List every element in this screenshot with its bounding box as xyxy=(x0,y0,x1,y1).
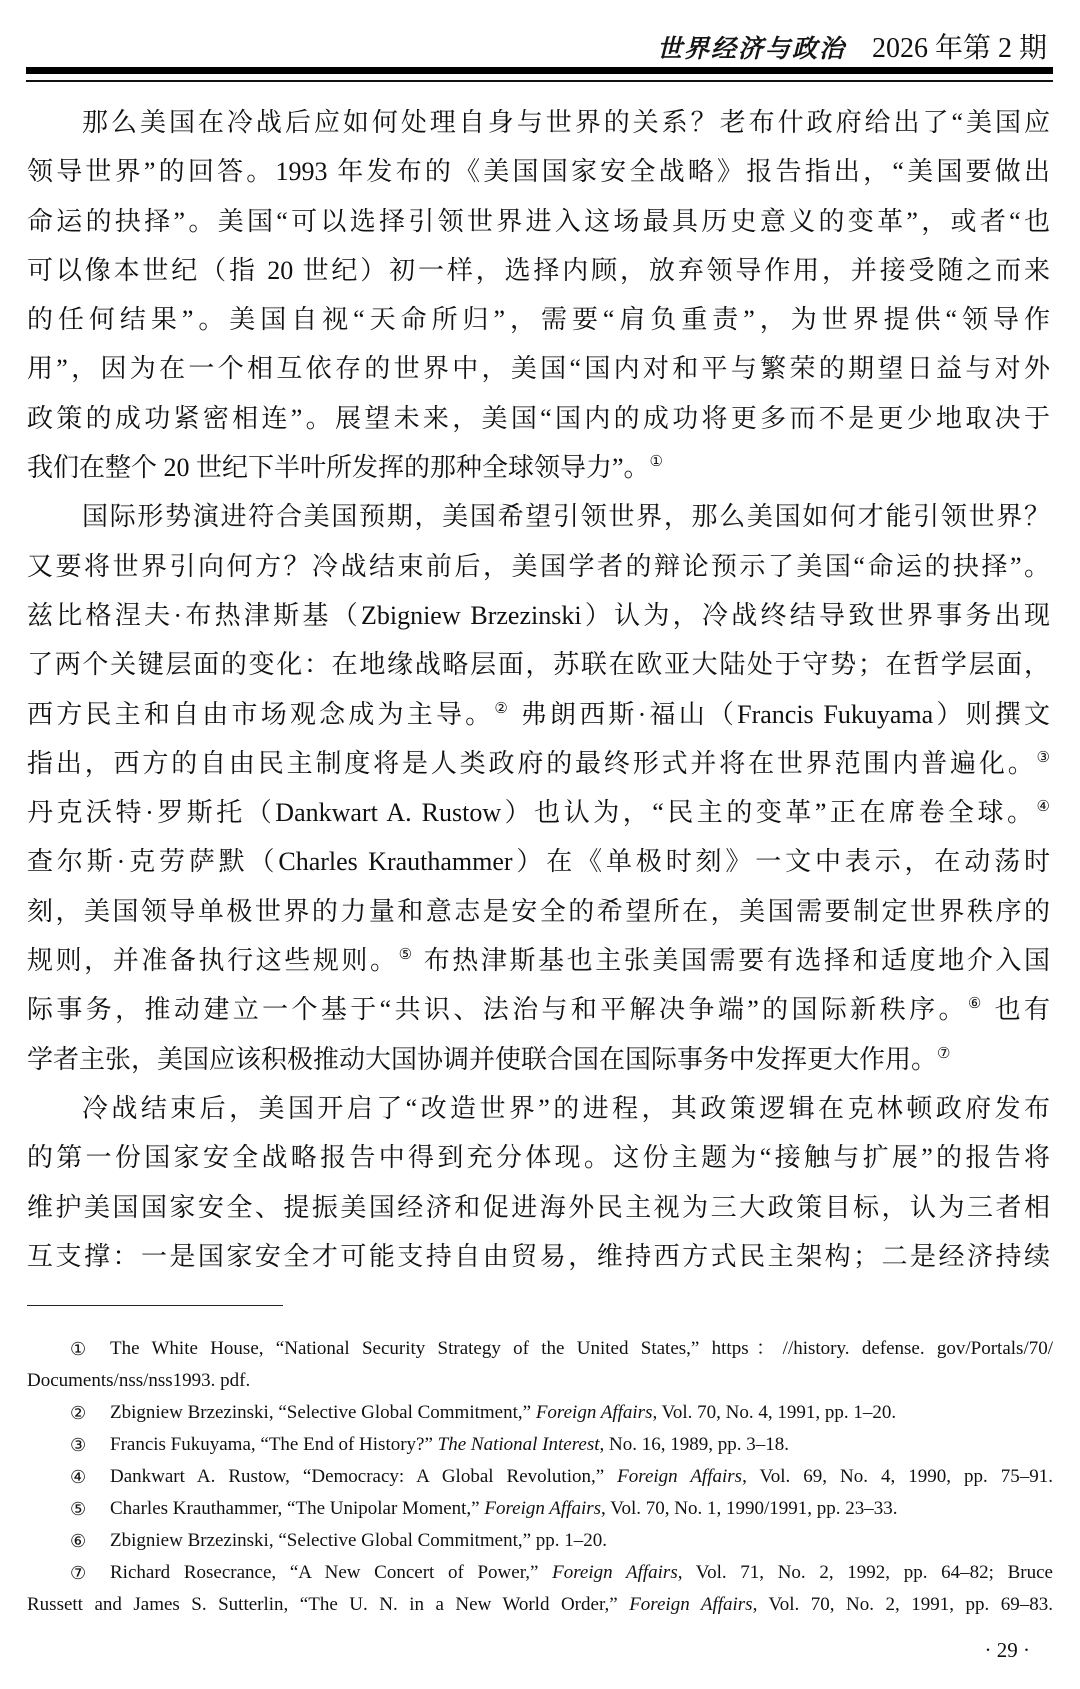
body-line: 那么美国在冷战后应如何处理自身与世界的关系？老布什政府给出了“美国应 xyxy=(27,98,1050,147)
body-line: 冷战结束后，美国开启了“改造世界”的进程，其政策逻辑在克林顿政府发布 xyxy=(27,1084,1050,1133)
line-text: 又要将世界引向何方？冷战结束前后，美国学者的辩论预示了美国“命运的抉择”。 xyxy=(27,552,1050,581)
body-line: 了两个关键层面的变化：在地缘战略层面，苏联在欧亚大陆处于守势；在哲学层面， xyxy=(27,640,1050,689)
footnote-text: Charles Krauthammer, “The Unipolar Momen… xyxy=(110,1498,484,1519)
body-line: 的第一份国家安全战略报告中得到充分体现。这份主题为“接触与扩展”的报告将 xyxy=(27,1133,1050,1182)
footnote-text: Richard Rosecrance, “A New Concert of Po… xyxy=(110,1562,552,1583)
footnote-ref: ① xyxy=(650,454,663,470)
footnote-line: Russett and James S. Sutterlin, “The U. … xyxy=(27,1589,1053,1621)
header-rule-thick xyxy=(26,67,1053,74)
body-line: 刻，美国领导单极世界的力量和意志是安全的希望所在，美国需要制定世界秩序的 xyxy=(27,887,1050,936)
line-text: 布热津斯基也主张美国需要有选择和适度地介入国 xyxy=(415,946,1050,975)
body-line: 可以像本世纪（指 20 世纪）初一样，选择内顾，放弃领导作用，并接受随之而来 xyxy=(27,246,1050,295)
footnote-line: ⑥ Zbigniew Brzezinski, “Selective Global… xyxy=(27,1525,1053,1557)
line-text: 可以像本世纪（指 20 世纪）初一样，选择内顾，放弃领导作用，并接受随之而来 xyxy=(27,256,1050,285)
line-text: 丹克沃特·罗斯托（Dankwart A. Rustow）也认为，“民主的变革”正… xyxy=(27,798,1037,827)
body-line: 用”，因为在一个相互依存的世界中，美国“国内对和平与繁荣的期望日益与对外 xyxy=(27,344,1050,393)
footnote-2: ② Zbigniew Brzezinski, “Selective Global… xyxy=(27,1397,1053,1429)
line-text: 互支撑：一是国家安全才可能支持自由贸易，维持西方式民主架构；二是经济持续 xyxy=(27,1242,1050,1271)
line-text: 查尔斯·克劳萨默（Charles Krauthammer）在《单极时刻》一文中表… xyxy=(27,847,1050,876)
journal-name: Foreign Affairs xyxy=(484,1498,601,1519)
body-line: 指出，西方的自由民主制度将是人类政府的最终形式并将在世界范围内普遍化。③ xyxy=(27,739,1050,788)
body-line: 互支撑：一是国家安全才可能支持自由贸易，维持西方式民主架构；二是经济持续 xyxy=(27,1232,1050,1281)
article-body: 那么美国在冷战后应如何处理自身与世界的关系？老布什政府给出了“美国应 领导世界”… xyxy=(27,98,1050,1281)
line-text: 政策的成功紧密相连”。展望未来，美国“国内的成功将更多而不是更少地取决于 xyxy=(27,404,1050,433)
footnote-text: , Vol. 70, No. 2, 1991, pp. 69–83. xyxy=(753,1594,1053,1615)
line-text: 学者主张，美国应该积极推动大国协调并使联合国在国际事务中发挥更大作用。 xyxy=(27,1045,937,1074)
page-number: · 29 · xyxy=(985,1636,1031,1664)
footnote-text: , Vol. 69, No. 4, 1990, pp. 75–91. xyxy=(742,1466,1053,1487)
journal-name: Foreign Affairs xyxy=(629,1594,752,1615)
footnote-marker: ① xyxy=(70,1333,86,1365)
footnote-separator xyxy=(27,1305,283,1306)
journal-name: Foreign Affairs xyxy=(617,1466,742,1487)
line-text: 西方民主和自由市场观念成为主导。 xyxy=(27,700,494,729)
footnote-line: ③ Francis Fukuyama, “The End of History?… xyxy=(27,1429,1053,1461)
footnote-ref: ⑦ xyxy=(937,1046,950,1062)
footnote-text: Documents/nss/nss1993. pdf. xyxy=(27,1370,250,1391)
paragraph-3: 冷战结束后，美国开启了“改造世界”的进程，其政策逻辑在克林顿政府发布 的第一份国… xyxy=(27,1084,1050,1281)
body-line: 领导世界”的回答。1993 年发布的《美国国家安全战略》报告指出，“美国要做出 xyxy=(27,147,1050,196)
footnote-ref: ③ xyxy=(1037,750,1050,766)
line-text: 了两个关键层面的变化：在地缘战略层面，苏联在欧亚大陆处于守势；在哲学层面， xyxy=(27,650,1050,679)
footnote-7: ⑦ Richard Rosecrance, “A New Concert of … xyxy=(27,1557,1053,1621)
body-line: 国际形势演进符合美国预期，美国希望引领世界，那么美国如何才能引领世界？ xyxy=(27,492,1050,541)
footnote-marker: ⑤ xyxy=(70,1493,86,1525)
line-text: 也有 xyxy=(985,995,1050,1024)
line-text: 规则，并准备执行这些规则。 xyxy=(27,946,399,975)
line-text: 指出，西方的自由民主制度将是人类政府的最终形式并将在世界范围内普遍化。 xyxy=(27,749,1037,778)
line-text: 刻，美国领导单极世界的力量和意志是安全的希望所在，美国需要制定世界秩序的 xyxy=(27,897,1050,926)
body-line: 西方民主和自由市场观念成为主导。② 弗朗西斯·福山（Francis Fukuya… xyxy=(27,690,1050,739)
footnote-marker: ④ xyxy=(70,1461,86,1493)
footnote-marker: ⑥ xyxy=(70,1525,86,1557)
footnote-text: , Vol. 70, No. 4, 1991, pp. 1–20. xyxy=(652,1402,896,1423)
footnote-text: Zbigniew Brzezinski, “Selective Global C… xyxy=(110,1402,536,1423)
footnote-marker: ② xyxy=(70,1397,86,1429)
footnote-text: Francis Fukuyama, “The End of History?” xyxy=(110,1434,438,1455)
body-line: 维护美国国家安全、提振美国经济和促进海外民主视为三大政策目标，认为三者相 xyxy=(27,1183,1050,1232)
body-line: 的任何结果”。美国自视“天命所归”，需要“肩负重责”，为世界提供“领导作 xyxy=(27,295,1050,344)
issue-label: 2026 年第 2 期 xyxy=(872,26,1047,66)
footnote-line: ⑦ Richard Rosecrance, “A New Concert of … xyxy=(27,1557,1053,1589)
footnote-text: Dankwart A. Rustow, “Democracy: A Global… xyxy=(110,1466,617,1487)
line-text: 维护美国国家安全、提振美国经济和促进海外民主视为三大政策目标，认为三者相 xyxy=(27,1193,1050,1222)
line-text: 际事务，推动建立一个基于“共识、法治与和平解决争端”的国际新秩序。 xyxy=(27,995,968,1024)
body-line: 际事务，推动建立一个基于“共识、法治与和平解决争端”的国际新秩序。⑥ 也有 xyxy=(27,985,1050,1034)
footnote-ref: ⑥ xyxy=(968,996,985,1012)
footnote-marker: ⑦ xyxy=(70,1557,86,1589)
body-line: 我们在整个 20 世纪下半叶所发挥的那种全球领导力”。① xyxy=(27,443,1050,492)
footnote-text: The White House, “National Security Stra… xyxy=(110,1338,1053,1359)
footnote-line: ⑤ Charles Krauthammer, “The Unipolar Mom… xyxy=(27,1493,1053,1525)
footnote-4: ④ Dankwart A. Rustow, “Democracy: A Glob… xyxy=(27,1461,1053,1493)
line-text: 冷战结束后，美国开启了“改造世界”的进程，其政策逻辑在克林顿政府发布 xyxy=(82,1094,1050,1123)
body-line: 命运的抉择”。美国“可以选择引领世界进入这场最具历史意义的变革”，或者“也 xyxy=(27,197,1050,246)
footnote-text: Russett and James S. Sutterlin, “The U. … xyxy=(27,1594,629,1615)
journal-name: Foreign Affairs xyxy=(536,1402,653,1423)
body-line: 学者主张，美国应该积极推动大国协调并使联合国在国际事务中发挥更大作用。⑦ xyxy=(27,1035,1050,1084)
footnote-1: ① The White House, “National Security St… xyxy=(27,1333,1053,1397)
line-text: 国际形势演进符合美国预期，美国希望引领世界，那么美国如何才能引领世界？ xyxy=(82,502,1050,531)
journal-name: The National Interest xyxy=(438,1434,600,1455)
footnote-line: ② Zbigniew Brzezinski, “Selective Global… xyxy=(27,1397,1053,1429)
footnote-5: ⑤ Charles Krauthammer, “The Unipolar Mom… xyxy=(27,1493,1053,1525)
body-line: 兹比格涅夫·布热津斯基（Zbigniew Brzezinski）认为，冷战终结导… xyxy=(27,591,1050,640)
body-line: 查尔斯·克劳萨默（Charles Krauthammer）在《单极时刻》一文中表… xyxy=(27,837,1050,886)
body-line: 又要将世界引向何方？冷战结束前后，美国学者的辩论预示了美国“命运的抉择”。 xyxy=(27,542,1050,591)
footnote-line: ① The White House, “National Security St… xyxy=(27,1333,1053,1365)
line-text: 兹比格涅夫·布热津斯基（Zbigniew Brzezinski）认为，冷战终结导… xyxy=(27,601,1050,630)
footnote-line: Documents/nss/nss1993. pdf. xyxy=(27,1365,1053,1397)
journal-name: Foreign Affairs xyxy=(552,1562,678,1583)
footnote-ref: ④ xyxy=(1037,799,1050,815)
line-text: 命运的抉择”。美国“可以选择引领世界进入这场最具历史意义的变革”，或者“也 xyxy=(27,207,1050,236)
journal-page: 世界经济与政治 2026 年第 2 期 那么美国在冷战后应如何处理自身与世界的关… xyxy=(0,0,1080,1689)
footnote-6: ⑥ Zbigniew Brzezinski, “Selective Global… xyxy=(27,1525,1053,1557)
footnote-text: , Vol. 70, No. 1, 1990/1991, pp. 23–33. xyxy=(601,1498,897,1519)
body-line: 规则，并准备执行这些规则。⑤ 布热津斯基也主张美国需要有选择和适度地介入国 xyxy=(27,936,1050,985)
footnotes: ① The White House, “National Security St… xyxy=(27,1333,1053,1621)
footnote-line: ④ Dankwart A. Rustow, “Democracy: A Glob… xyxy=(27,1461,1053,1493)
running-header: 世界经济与政治 2026 年第 2 期 xyxy=(26,26,1047,58)
line-text: 的任何结果”。美国自视“天命所归”，需要“肩负重责”，为世界提供“领导作 xyxy=(27,305,1050,334)
footnote-text: Zbigniew Brzezinski, “Selective Global C… xyxy=(110,1530,607,1551)
paragraph-1: 那么美国在冷战后应如何处理自身与世界的关系？老布什政府给出了“美国应 领导世界”… xyxy=(27,98,1050,492)
line-text: 用”，因为在一个相互依存的世界中，美国“国内对和平与繁荣的期望日益与对外 xyxy=(27,354,1050,383)
footnote-text: , No. 16, 1989, pp. 3–18. xyxy=(600,1434,789,1455)
body-line: 丹克沃特·罗斯托（Dankwart A. Rustow）也认为，“民主的变革”正… xyxy=(27,788,1050,837)
footnote-text: , Vol. 71, No. 2, 1992, pp. 64–82; Bruce xyxy=(678,1562,1053,1583)
line-text: 那么美国在冷战后应如何处理自身与世界的关系？老布什政府给出了“美国应 xyxy=(82,108,1050,137)
line-text: 我们在整个 20 世纪下半叶所发挥的那种全球领导力”。 xyxy=(27,453,650,482)
line-text: 领导世界”的回答。1993 年发布的《美国国家安全战略》报告指出，“美国要做出 xyxy=(27,157,1050,186)
footnote-ref: ② xyxy=(494,701,511,717)
line-text: 的第一份国家安全战略报告中得到充分体现。这份主题为“接触与扩展”的报告将 xyxy=(27,1143,1050,1172)
body-line: 政策的成功紧密相连”。展望未来，美国“国内的成功将更多而不是更少地取决于 xyxy=(27,394,1050,443)
footnote-ref: ⑤ xyxy=(399,947,415,963)
header-rule-thin xyxy=(26,80,1053,82)
paragraph-2: 国际形势演进符合美国预期，美国希望引领世界，那么美国如何才能引领世界？ 又要将世… xyxy=(27,492,1050,1084)
footnote-marker: ③ xyxy=(70,1429,86,1461)
journal-title: 世界经济与政治 xyxy=(657,29,846,65)
line-text: 弗朗西斯·福山（Francis Fukuyama）则撰文 xyxy=(511,700,1050,729)
footnote-3: ③ Francis Fukuyama, “The End of History?… xyxy=(27,1429,1053,1461)
